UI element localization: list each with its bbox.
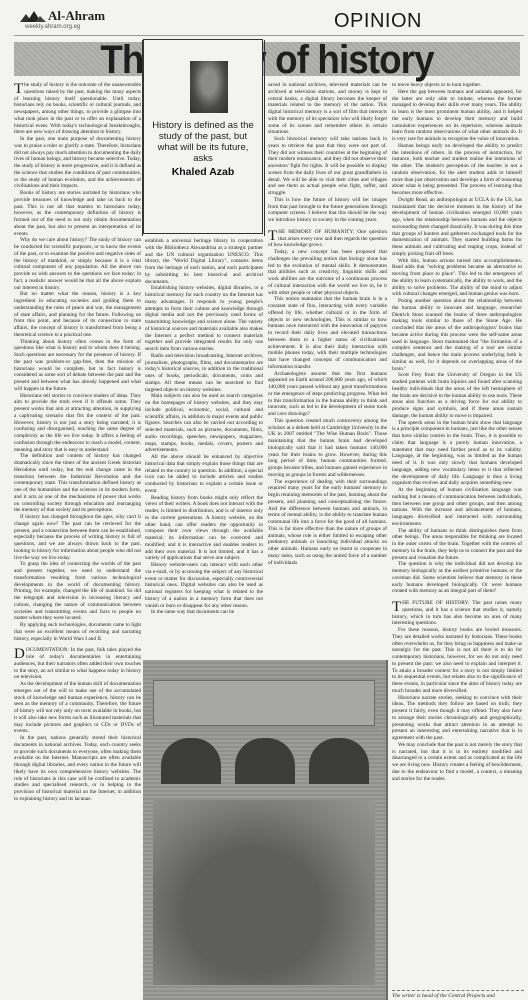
- paragraph: Radio and television broadcasting, Inter…: [145, 353, 263, 394]
- paragraph: Books of history are stories narrated by…: [14, 190, 141, 237]
- article-column-3: saved in national archives, televised ma…: [268, 82, 387, 660]
- manuscript-illustration: [143, 660, 388, 1000]
- paragraph: In the same way that documents can be: [145, 609, 263, 616]
- paragraph: At the beginning of human civilisation l…: [392, 487, 522, 528]
- paragraph: Posing another question about the relati…: [392, 298, 522, 372]
- author-bio-note: The writer is head of the Central Projec…: [392, 990, 524, 999]
- paragraph: We may conclude that the past is not mer…: [392, 742, 522, 783]
- paragraph: The speech areas in the human brain show…: [392, 420, 522, 488]
- article-column-1: The study of history is the outcome of t…: [14, 82, 141, 997]
- paragraph: Such historical memory will take nations…: [268, 136, 387, 197]
- author-photo: [190, 61, 228, 113]
- arabic-calligraphy-panel: [153, 680, 375, 726]
- paragraph: saved in national archives, televised ma…: [268, 82, 387, 136]
- paragraph: This is how the future of history will b…: [268, 197, 387, 224]
- paragraph: The question is why the individual did n…: [392, 561, 522, 595]
- paragraph: The definition and content of history ha…: [14, 453, 141, 514]
- paragraph: If history has changed throughout the ag…: [14, 514, 141, 561]
- paragraph: Scott Frey from the University of Oregon…: [392, 372, 522, 419]
- paragraph: Historians tell stories to convince read…: [14, 393, 141, 454]
- paragraph: Why do we care about history? The study …: [14, 237, 141, 291]
- subhead-paragraph: THE FUTURE OF HISTORY: The past raises m…: [392, 600, 522, 627]
- arch-decoration: [161, 738, 221, 784]
- paragraph: All the above should be enhanced by obje…: [145, 454, 263, 495]
- pyramids-icon: [20, 10, 46, 22]
- article-column-2: establish a universal heritage library i…: [145, 238, 263, 658]
- headline-band: The study of history: [14, 42, 520, 76]
- author-name: Khaled Azab: [148, 166, 258, 178]
- site-url[interactable]: weekly.ahram.org.eg: [25, 24, 80, 30]
- paragraph: The experience of dealing with their sur…: [268, 479, 387, 567]
- drop-cap: T: [268, 230, 277, 242]
- paragraph: Dwight Read, an anthropologist at UCLA i…: [392, 197, 522, 258]
- page-header: Al-Ahram weekly.ahram.org.eg OPINION: [14, 6, 524, 36]
- paragraph: This question created much controversy a…: [268, 418, 387, 479]
- paragraph: In the past, nations generally stored th…: [14, 735, 141, 803]
- paragraph: The ability of humans to think distingui…: [392, 528, 522, 562]
- paragraph: History website-users can interact with …: [145, 562, 263, 609]
- paragraph: to move heavy objects or to hunt togethe…: [392, 82, 522, 89]
- column-rule: [264, 40, 265, 236]
- paragraph: For these reasons, history books are bur…: [392, 627, 522, 695]
- paragraph: Here the gap between humans and animals …: [392, 89, 522, 143]
- paragraph: The study of history is the outcome of t…: [14, 82, 141, 136]
- subhead-paragraph: THE MEMORY OF HUMANITY: One question tha…: [268, 229, 387, 249]
- paragraph: Historians narrate stories, seeking to c…: [392, 695, 522, 742]
- paragraph: But no matter what the reason, history i…: [14, 291, 141, 338]
- illustration-figures: [153, 800, 375, 985]
- paragraph: By applying such technologies, documents…: [14, 622, 141, 642]
- paragraph: Today, a new concept has been proposed t…: [268, 249, 387, 296]
- section-title: OPINION: [334, 10, 422, 33]
- paragraph: Thinking about history often comes in th…: [14, 339, 141, 393]
- drop-cap: T: [392, 601, 401, 613]
- masthead-logo[interactable]: Al-Ahram: [20, 8, 105, 24]
- article-title: The study of history: [34, 38, 500, 83]
- paragraph: Human beings early on developed the abil…: [392, 143, 522, 197]
- paragraph: Reading history from books might only re…: [145, 495, 263, 563]
- paragraph: This notion maintains that the human bra…: [268, 296, 387, 370]
- subhead-paragraph: DOCUMENTATION: In the past, folk tales p…: [14, 647, 141, 681]
- paragraph: establish a universal heritage library i…: [145, 238, 263, 285]
- arch-decoration: [309, 738, 369, 784]
- article-column-4: to move heavy objects or to hunt togethe…: [392, 82, 522, 988]
- paragraph: Main subjects can also be used as search…: [145, 393, 263, 454]
- pullquote-text: History is defined as the study of the p…: [148, 120, 258, 164]
- paragraph: Archaeologists assume that the first hum…: [268, 371, 387, 418]
- arch-decoration: [235, 738, 295, 784]
- paragraph: As the development of the human skill of…: [14, 681, 141, 735]
- paragraph: Establishing history websites, digital l…: [145, 285, 263, 353]
- drop-cap: D: [14, 648, 25, 660]
- newspaper-page: Al-Ahram weekly.ahram.org.eg OPINION The…: [0, 0, 528, 1000]
- drop-cap: T: [14, 83, 23, 95]
- paragraph: In the past, one main purpose of documen…: [14, 136, 141, 190]
- paragraph: To grasp the idea of connecting the worl…: [14, 561, 141, 622]
- logo-text: Al-Ahram: [48, 8, 105, 24]
- paragraph: With this, human actions turned into acc…: [392, 258, 522, 299]
- pullquote-box: History is defined as the study of the p…: [143, 39, 263, 234]
